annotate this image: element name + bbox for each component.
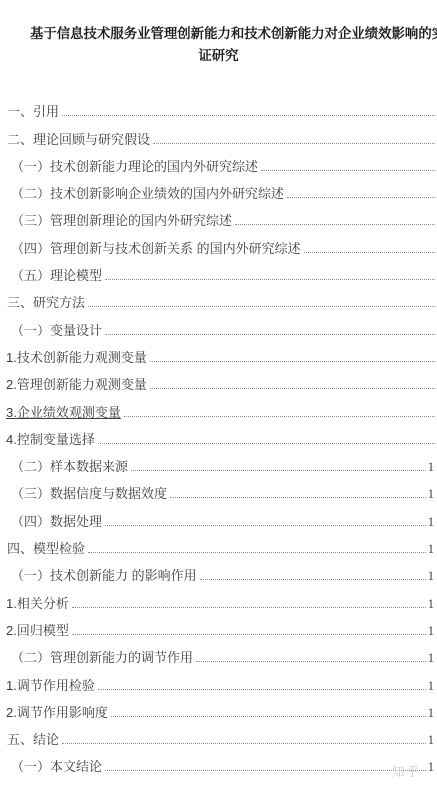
toc-entry: 1.相关分析1 bbox=[0, 584, 437, 611]
toc-entry-label: （三）数据信度与数据效度 bbox=[11, 486, 167, 502]
toc-entry: 2.管理创新能力观测变量 bbox=[0, 366, 437, 393]
toc-entry-label: （一）技术创新能力 的影响作用 bbox=[11, 568, 197, 584]
dot-leader bbox=[287, 197, 435, 198]
dot-leader bbox=[105, 279, 435, 280]
toc-page-number: 1 bbox=[428, 487, 434, 502]
toc-entry-label: （一）变量设计 bbox=[11, 323, 102, 339]
toc-entry: 1.技术创新能力观测变量 bbox=[0, 339, 437, 366]
toc-entry-label: （一）技术创新能力理论的国内外研究综述 bbox=[11, 159, 258, 175]
dot-leader bbox=[88, 306, 435, 307]
toc-page-number: 1 bbox=[428, 569, 434, 584]
toc-entry-label: （二）样本数据来源 bbox=[11, 459, 128, 475]
toc-entry-label: （四）管理创新与技术创新关系 的国内外研究综述 bbox=[11, 241, 301, 257]
dot-leader bbox=[105, 334, 435, 335]
toc-entry-label: 二、理论回顾与研究假设 bbox=[7, 132, 150, 148]
toc-entry: （三）管理创新理论的国内外研究综述 bbox=[0, 202, 437, 229]
dot-leader bbox=[98, 689, 426, 690]
document-title-line1: 基于信息技术服务业管理创新能力和技术创新能力对企业绩效影响的实 bbox=[0, 23, 437, 45]
toc-entry-label: 2.回归模型 bbox=[6, 623, 69, 639]
toc-page-number: 1 bbox=[428, 624, 434, 639]
dot-leader bbox=[124, 416, 435, 417]
toc-entry: 3.企业绩效观测变量 bbox=[0, 393, 437, 420]
document-title: 基于信息技术服务业管理创新能力和技术创新能力对企业绩效影响的实 证研究 bbox=[0, 23, 437, 67]
toc-page-number: 1 bbox=[428, 597, 434, 612]
toc-page-number: 1 bbox=[428, 460, 434, 475]
toc-entry-label: 2.管理创新能力观测变量 bbox=[6, 377, 147, 393]
toc-entry-label: 1.技术创新能力观测变量 bbox=[6, 350, 147, 366]
toc-entry-label: （三）管理创新理论的国内外研究综述 bbox=[11, 213, 232, 229]
toc-page-number: 1 bbox=[428, 515, 434, 530]
toc-entry-label: 2.调节作用影响度 bbox=[6, 705, 108, 721]
toc-entry-label: 3.企业绩效观测变量 bbox=[6, 405, 121, 421]
toc-entry: （四）管理创新与技术创新关系 的国内外研究综述 bbox=[0, 229, 437, 256]
toc-entry-label: （一）本文结论 bbox=[11, 759, 102, 775]
toc-page-number: 1 bbox=[428, 760, 434, 775]
toc-page-number: 1 bbox=[428, 542, 434, 557]
dot-leader bbox=[98, 443, 435, 444]
toc-entry: 二、理论回顾与研究假设 bbox=[0, 120, 437, 147]
toc-entry: （二）样本数据来源1 bbox=[0, 448, 437, 475]
toc-entry: （一）本文结论1 bbox=[0, 748, 437, 775]
toc-page-number: 1 bbox=[428, 706, 434, 721]
toc-entry-label: 五、结论 bbox=[7, 732, 59, 748]
dot-leader bbox=[62, 743, 426, 744]
dot-leader bbox=[105, 770, 426, 771]
toc-entry-label: 四、模型检验 bbox=[7, 541, 85, 557]
document-title-line2: 证研究 bbox=[0, 45, 437, 67]
dot-leader bbox=[196, 661, 426, 662]
dot-leader bbox=[105, 525, 426, 526]
dot-leader bbox=[88, 552, 426, 553]
dot-leader bbox=[72, 607, 426, 608]
toc-entry: 五、结论1 bbox=[0, 721, 437, 748]
document-page: 基于信息技术服务业管理创新能力和技术创新能力对企业绩效影响的实 证研究 一、引用… bbox=[0, 0, 437, 785]
toc-entry-label: 4.控制变量选择 bbox=[6, 432, 95, 448]
dot-leader bbox=[72, 634, 426, 635]
toc-entry: （二）技术创新影响企业绩效的国内外研究综述 bbox=[0, 175, 437, 202]
dot-leader bbox=[111, 716, 426, 717]
dot-leader bbox=[131, 470, 426, 471]
toc-entry-label: 一、引用 bbox=[7, 104, 59, 120]
dot-leader bbox=[170, 497, 426, 498]
toc-entry: （二）管理创新能力的调节作用1 bbox=[0, 639, 437, 666]
toc-entry-label: （四）数据处理 bbox=[11, 514, 102, 530]
toc-page-number: 1 bbox=[428, 733, 434, 748]
toc-entry: 2.回归模型1 bbox=[0, 612, 437, 639]
toc-entry: （五）理论模型 bbox=[0, 257, 437, 284]
toc-entry: 三、研究方法 bbox=[0, 284, 437, 311]
dot-leader bbox=[261, 170, 435, 171]
toc-entry-label: （五）理论模型 bbox=[11, 268, 102, 284]
dot-leader bbox=[150, 361, 435, 362]
toc-entry-label: 1.相关分析 bbox=[6, 596, 69, 612]
toc-page-number: 1 bbox=[428, 651, 434, 666]
toc-entry: （一）技术创新能力 的影响作用1 bbox=[0, 557, 437, 584]
dot-leader bbox=[235, 224, 435, 225]
toc-entry: 一、引用 bbox=[0, 93, 437, 120]
toc-entry: （一）变量设计 bbox=[0, 311, 437, 338]
toc-entry-label: 1.调节作用检验 bbox=[6, 678, 95, 694]
dot-leader bbox=[304, 252, 435, 253]
dot-leader bbox=[62, 115, 435, 116]
toc-entry-label: （二）管理创新能力的调节作用 bbox=[11, 650, 193, 666]
dot-leader bbox=[200, 579, 426, 580]
table-of-contents: 一、引用二、理论回顾与研究假设（一）技术创新能力理论的国内外研究综述（二）技术创… bbox=[0, 93, 437, 775]
toc-entry-label: 三、研究方法 bbox=[7, 295, 85, 311]
toc-entry: 1.调节作用检验1 bbox=[0, 666, 437, 693]
toc-entry: 四、模型检验1 bbox=[0, 530, 437, 557]
toc-entry: 4.控制变量选择 bbox=[0, 421, 437, 448]
dot-leader bbox=[153, 143, 435, 144]
toc-entry: 2.调节作用影响度1 bbox=[0, 694, 437, 721]
toc-entry: （一）技术创新能力理论的国内外研究综述 bbox=[0, 148, 437, 175]
toc-entry-label: （二）技术创新影响企业绩效的国内外研究综述 bbox=[11, 186, 284, 202]
toc-entry: （四）数据处理1 bbox=[0, 502, 437, 529]
toc-page-number: 1 bbox=[428, 679, 434, 694]
dot-leader bbox=[150, 388, 435, 389]
toc-entry: （三）数据信度与数据效度1 bbox=[0, 475, 437, 502]
